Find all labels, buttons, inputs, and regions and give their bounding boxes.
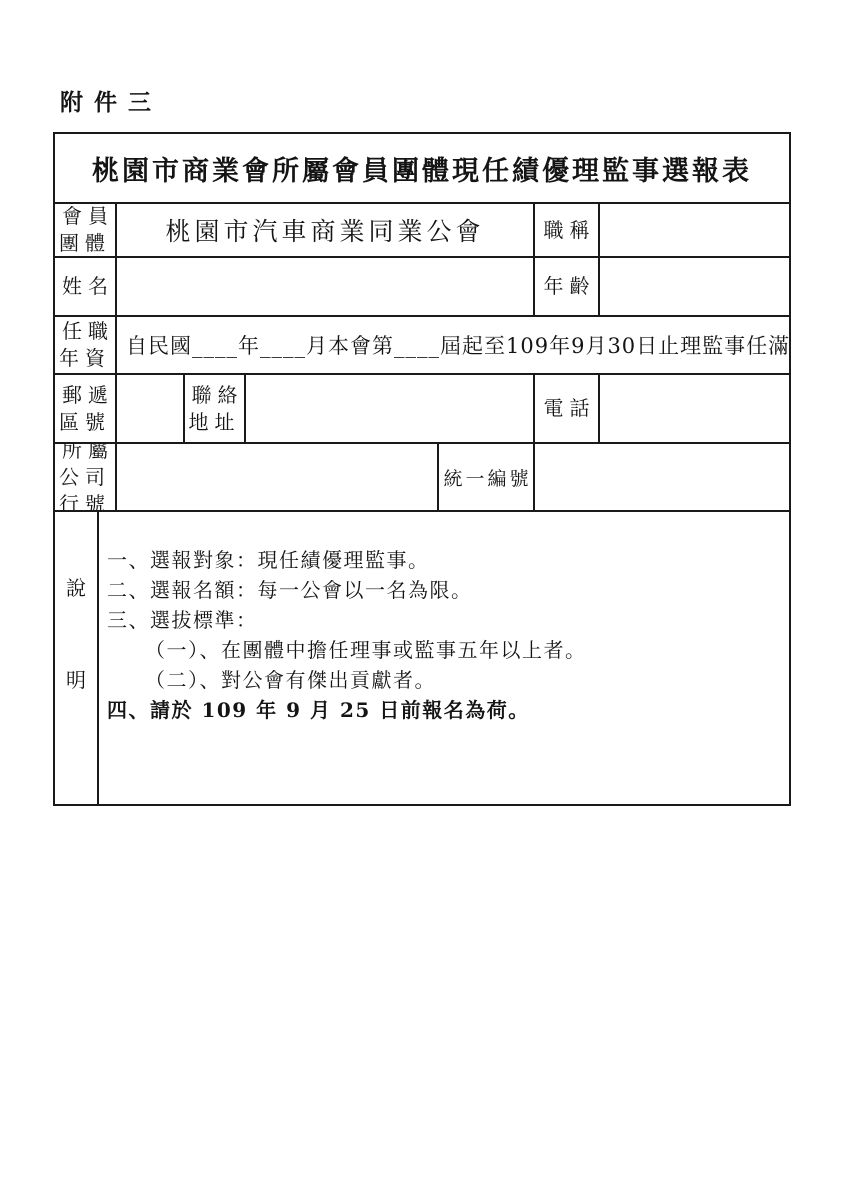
notes-label: 說 明 <box>66 512 86 726</box>
postal-code-label-cell: 郵遞 區號 <box>55 375 115 442</box>
age-value <box>598 258 789 315</box>
tax-id-label-cell: 統一編號 <box>437 444 533 510</box>
member-group-label: 會員 團體 <box>56 204 114 256</box>
member-group-row: 會員 團體 桃園市汽車商業同業公會 職稱 <box>55 202 789 256</box>
member-group-label-cell: 會員 團體 <box>55 204 115 256</box>
report-form-table: 桃園市商業會所屬會員團體現任績優理監事選報表 會員 團體 桃園市汽車商業同業公會… <box>53 132 791 806</box>
note-item-2: 二、選報名額：每一公會以一名為限。 <box>107 575 783 605</box>
phone-label: 電話 <box>538 395 596 422</box>
postal-code-label: 郵遞 區號 <box>56 382 114 436</box>
note-item-1: 一、選報對象：現任績優理監事。 <box>107 545 783 575</box>
job-title-label-cell: 職稱 <box>533 204 598 256</box>
job-title-label: 職稱 <box>538 217 596 244</box>
tax-id-value <box>533 444 789 510</box>
company-value <box>115 444 437 510</box>
notes-content: 一、選報對象：現任績優理監事。 二、選報名額：每一公會以一名為限。 三、選拔標準… <box>97 512 789 804</box>
tenure-label-cell: 任職 年資 <box>55 317 115 373</box>
notes-row: 說 明 一、選報對象：現任績優理監事。 二、選報名額：每一公會以一名為限。 三、… <box>55 510 789 804</box>
age-label: 年齡 <box>538 273 596 300</box>
notes-label-cell: 說 明 <box>55 512 97 804</box>
company-row: 所屬 公司 行號 統一編號 <box>55 442 789 510</box>
tax-id-label: 統一編號 <box>440 464 531 491</box>
contact-address-label-cell: 聯絡 地址 <box>183 375 244 442</box>
title-row: 桃園市商業會所屬會員團體現任績優理監事選報表 <box>55 134 789 202</box>
name-value <box>115 258 533 315</box>
age-label-cell: 年齡 <box>533 258 598 315</box>
note-item-3-sub-2: （二）、對公會有傑出貢獻者。 <box>107 665 783 695</box>
name-label: 姓名 <box>56 273 114 300</box>
member-group-value: 桃園市汽車商業同業公會 <box>115 204 533 256</box>
phone-label-cell: 電話 <box>533 375 598 442</box>
postal-code-value <box>115 375 183 442</box>
job-title-value <box>598 204 789 256</box>
tenure-value: 自民國____年____月本會第____屆起至109年9月30日止理監事任滿 _… <box>115 317 789 373</box>
tenure-row: 任職 年資 自民國____年____月本會第____屆起至109年9月30日止理… <box>55 315 789 373</box>
note-item-3: 三、選拔標準： <box>107 605 783 635</box>
contact-address-label: 聯絡 地址 <box>186 382 244 436</box>
document-page: 附件三 桃園市商業會所屬會員團體現任績優理監事選報表 會員 團體 桃園市汽車商業… <box>0 0 849 1200</box>
tenure-label: 任職 年資 <box>56 318 114 372</box>
form-title: 桃園市商業會所屬會員團體現任績優理監事選報表 <box>55 134 789 202</box>
name-label-cell: 姓名 <box>55 258 115 315</box>
company-label: 所屬 公司 行號 <box>56 444 114 510</box>
company-label-cell: 所屬 公司 行號 <box>55 444 115 510</box>
contact-address-value <box>244 375 533 442</box>
attachment-label: 附件三 <box>60 84 162 117</box>
postal-address-row: 郵遞 區號 聯絡 地址 電話 <box>55 373 789 442</box>
name-row: 姓名 年齡 <box>55 256 789 315</box>
note-item-4: 四、請於 109 年 9 月 25 日前報名為荷。 <box>107 695 783 725</box>
phone-value <box>598 375 789 442</box>
note-item-3-sub-1: （一）、在團體中擔任理事或監事五年以上者。 <box>107 635 783 665</box>
